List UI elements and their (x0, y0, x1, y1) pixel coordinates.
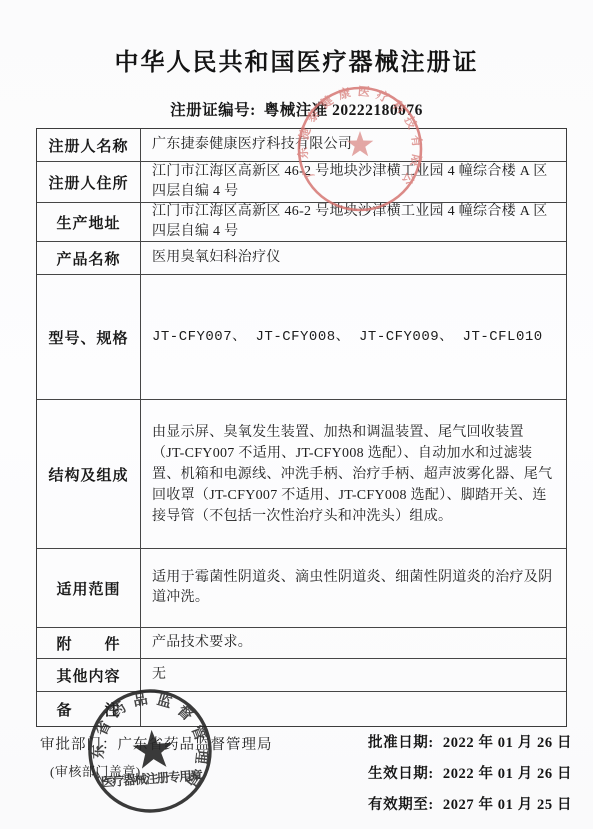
row-label: 结构及组成 (37, 400, 141, 548)
table-row-registrant-name: 注册人名称 广东捷泰健康医疗科技有限公司 (37, 129, 566, 161)
row-value: 江门市江海区高新区 46-2 号地块沙津横工业园 4 幢综合楼 A 区四层自编 … (141, 162, 566, 202)
row-value: 广东捷泰健康医疗科技有限公司 (141, 129, 566, 161)
registration-number-line: 注册证编号:粤械注准 20222180076 (0, 98, 593, 120)
seal-note: (审核部门盖章) (50, 761, 370, 780)
page-title: 中华人民共和国医疗器械注册证 (0, 42, 593, 77)
row-value: JT-CFY007、 JT-CFY008、 JT-CFY009、 JT-CFL0… (141, 275, 566, 399)
table-row-remarks: 备 注 (37, 691, 566, 726)
row-label: 注册人住所 (37, 162, 141, 202)
row-value: 无 (141, 659, 566, 691)
row-label: 注册人名称 (37, 129, 141, 161)
approval-date-value: 2022 年 01 月 26 日 (443, 731, 572, 752)
row-label: 备 注 (37, 692, 141, 726)
row-label: 产品名称 (37, 242, 141, 274)
registration-number-value: 粤械注准 20222180076 (264, 102, 423, 119)
table-row-production-address: 生产地址 江门市江海区高新区 46-2 号地块沙津横工业园 4 幢综合楼 A 区… (37, 202, 566, 241)
effective-date-label: 生效日期: (368, 762, 434, 783)
row-label: 生产地址 (37, 203, 141, 241)
row-label: 型号、规格 (37, 275, 141, 399)
registration-number-label: 注册证编号: (170, 102, 256, 119)
table-row-attachment: 附 件 产品技术要求。 (37, 627, 566, 658)
approval-department-label: 审批部门： (40, 737, 118, 753)
row-value: 由显示屏、臭氧发生装置、加热和调温装置、尾气回收装置（JT-CFY007 不适用… (141, 400, 566, 548)
row-value: 江门市江海区高新区 46-2 号地块沙津横工业园 4 幢综合楼 A 区四层自编 … (141, 203, 566, 241)
table-row-scope-of-use: 适用范围 适用于霉菌性阴道炎、滴虫性阴道炎、细菌性阴道炎的治疗及阴道冲洗。 (37, 548, 566, 627)
expiry-date-row: 有效期至: 2027 年 01 月 25 日 (368, 793, 572, 814)
row-value: 产品技术要求。 (141, 628, 566, 658)
approval-section: 审批部门：广东省药品监督管理局 (审核部门盖章) (40, 733, 370, 780)
table-row-registrant-address: 注册人住所 江门市江海区高新区 46-2 号地块沙津横工业园 4 幢综合楼 A … (37, 161, 566, 202)
approval-department-line: 审批部门：广东省药品监督管理局 (40, 733, 370, 754)
table-row-product-name: 产品名称 医用臭氧妇科治疗仪 (37, 241, 566, 274)
row-value: 医用臭氧妇科治疗仪 (141, 242, 566, 274)
approval-department-value: 广东省药品监督管理局 (118, 737, 273, 753)
dates-section: 批准日期: 2022 年 01 月 26 日 生效日期: 2022 年 01 月… (368, 731, 572, 824)
expiry-date-value: 2027 年 01 月 25 日 (443, 793, 572, 814)
approval-date-label: 批准日期: (368, 731, 434, 752)
table-row-model-spec: 型号、规格 JT-CFY007、 JT-CFY008、 JT-CFY009、 J… (37, 274, 566, 399)
expiry-date-label: 有效期至: (368, 793, 434, 814)
effective-date-value: 2022 年 01 月 26 日 (443, 762, 572, 783)
row-label: 其他内容 (37, 659, 141, 691)
certificate-table: 注册人名称 广东捷泰健康医疗科技有限公司 注册人住所 江门市江海区高新区 46-… (36, 128, 567, 727)
certificate-page: 中华人民共和国医疗器械注册证 注册证编号:粤械注准 20222180076 注册… (0, 0, 593, 829)
row-value: 适用于霉菌性阴道炎、滴虫性阴道炎、细菌性阴道炎的治疗及阴道冲洗。 (141, 549, 566, 627)
effective-date-row: 生效日期: 2022 年 01 月 26 日 (368, 762, 572, 783)
table-row-structure-composition: 结构及组成 由显示屏、臭氧发生装置、加热和调温装置、尾气回收装置（JT-CFY0… (37, 399, 566, 548)
row-value (141, 692, 566, 726)
table-row-other-content: 其他内容 无 (37, 658, 566, 691)
row-label: 适用范围 (37, 549, 141, 627)
approval-date-row: 批准日期: 2022 年 01 月 26 日 (368, 731, 572, 752)
row-label: 附 件 (37, 628, 141, 658)
